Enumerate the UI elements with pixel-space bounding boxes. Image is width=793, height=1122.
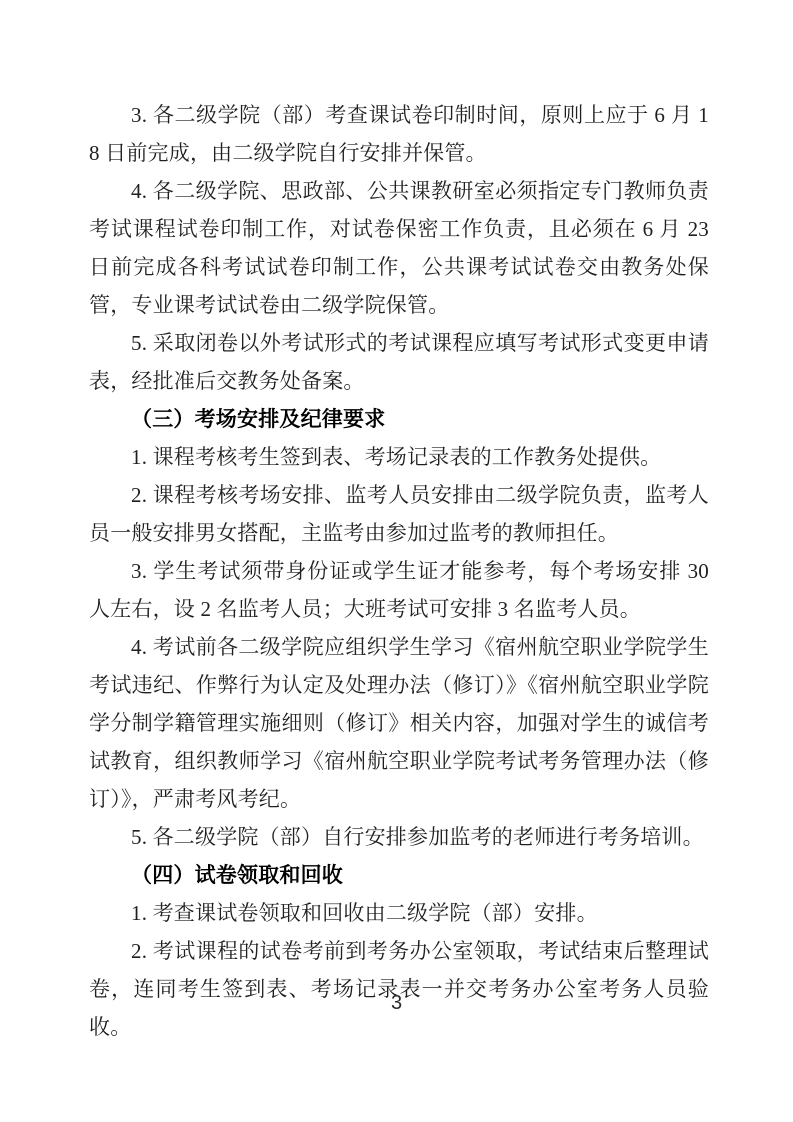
section-heading: （三）考场安排及纪律要求 <box>89 400 709 438</box>
section-heading: （四）试卷领取和回收 <box>89 856 709 894</box>
paragraph: 1. 考查课试卷领取和回收由二级学院（部）安排。 <box>89 894 709 932</box>
paragraph: 2. 课程考核考场安排、监考人员安排由二级学院负责，监考人员一般安排男女搭配，主… <box>89 476 709 552</box>
page-footer: 3 <box>0 988 793 1018</box>
paragraph: 5. 采取闭卷以外考试形式的考试课程应填写考试形式变更申请表，经批准后交教务处备… <box>89 324 709 400</box>
paragraph: 1. 课程考核考生签到表、考场记录表的工作教务处提供。 <box>89 438 709 476</box>
page-number: 3 <box>391 992 402 1014</box>
paragraph: 4. 考试前各二级学院应组织学生学习《宿州航空职业学院学生考试违纪、作弊行为认定… <box>89 628 709 818</box>
paragraph: 3. 各二级学院（部）考查课试卷印制时间，原则上应于 6 月 18 日前完成，由… <box>89 96 709 172</box>
paragraph: 4. 各二级学院、思政部、公共课教研室必须指定专门教师负责考试课程试卷印制工作，… <box>89 172 709 324</box>
paragraph: 3. 学生考试须带身份证或学生证才能参考，每个考场安排 30 人左右，设 2 名… <box>89 552 709 628</box>
paragraph: 5. 各二级学院（部）自行安排参加监考的老师进行考务培训。 <box>89 818 709 856</box>
document-page: 3. 各二级学院（部）考查课试卷印制时间，原则上应于 6 月 18 日前完成，由… <box>0 0 793 1122</box>
document-body: 3. 各二级学院（部）考查课试卷印制时间，原则上应于 6 月 18 日前完成，由… <box>89 96 709 1046</box>
